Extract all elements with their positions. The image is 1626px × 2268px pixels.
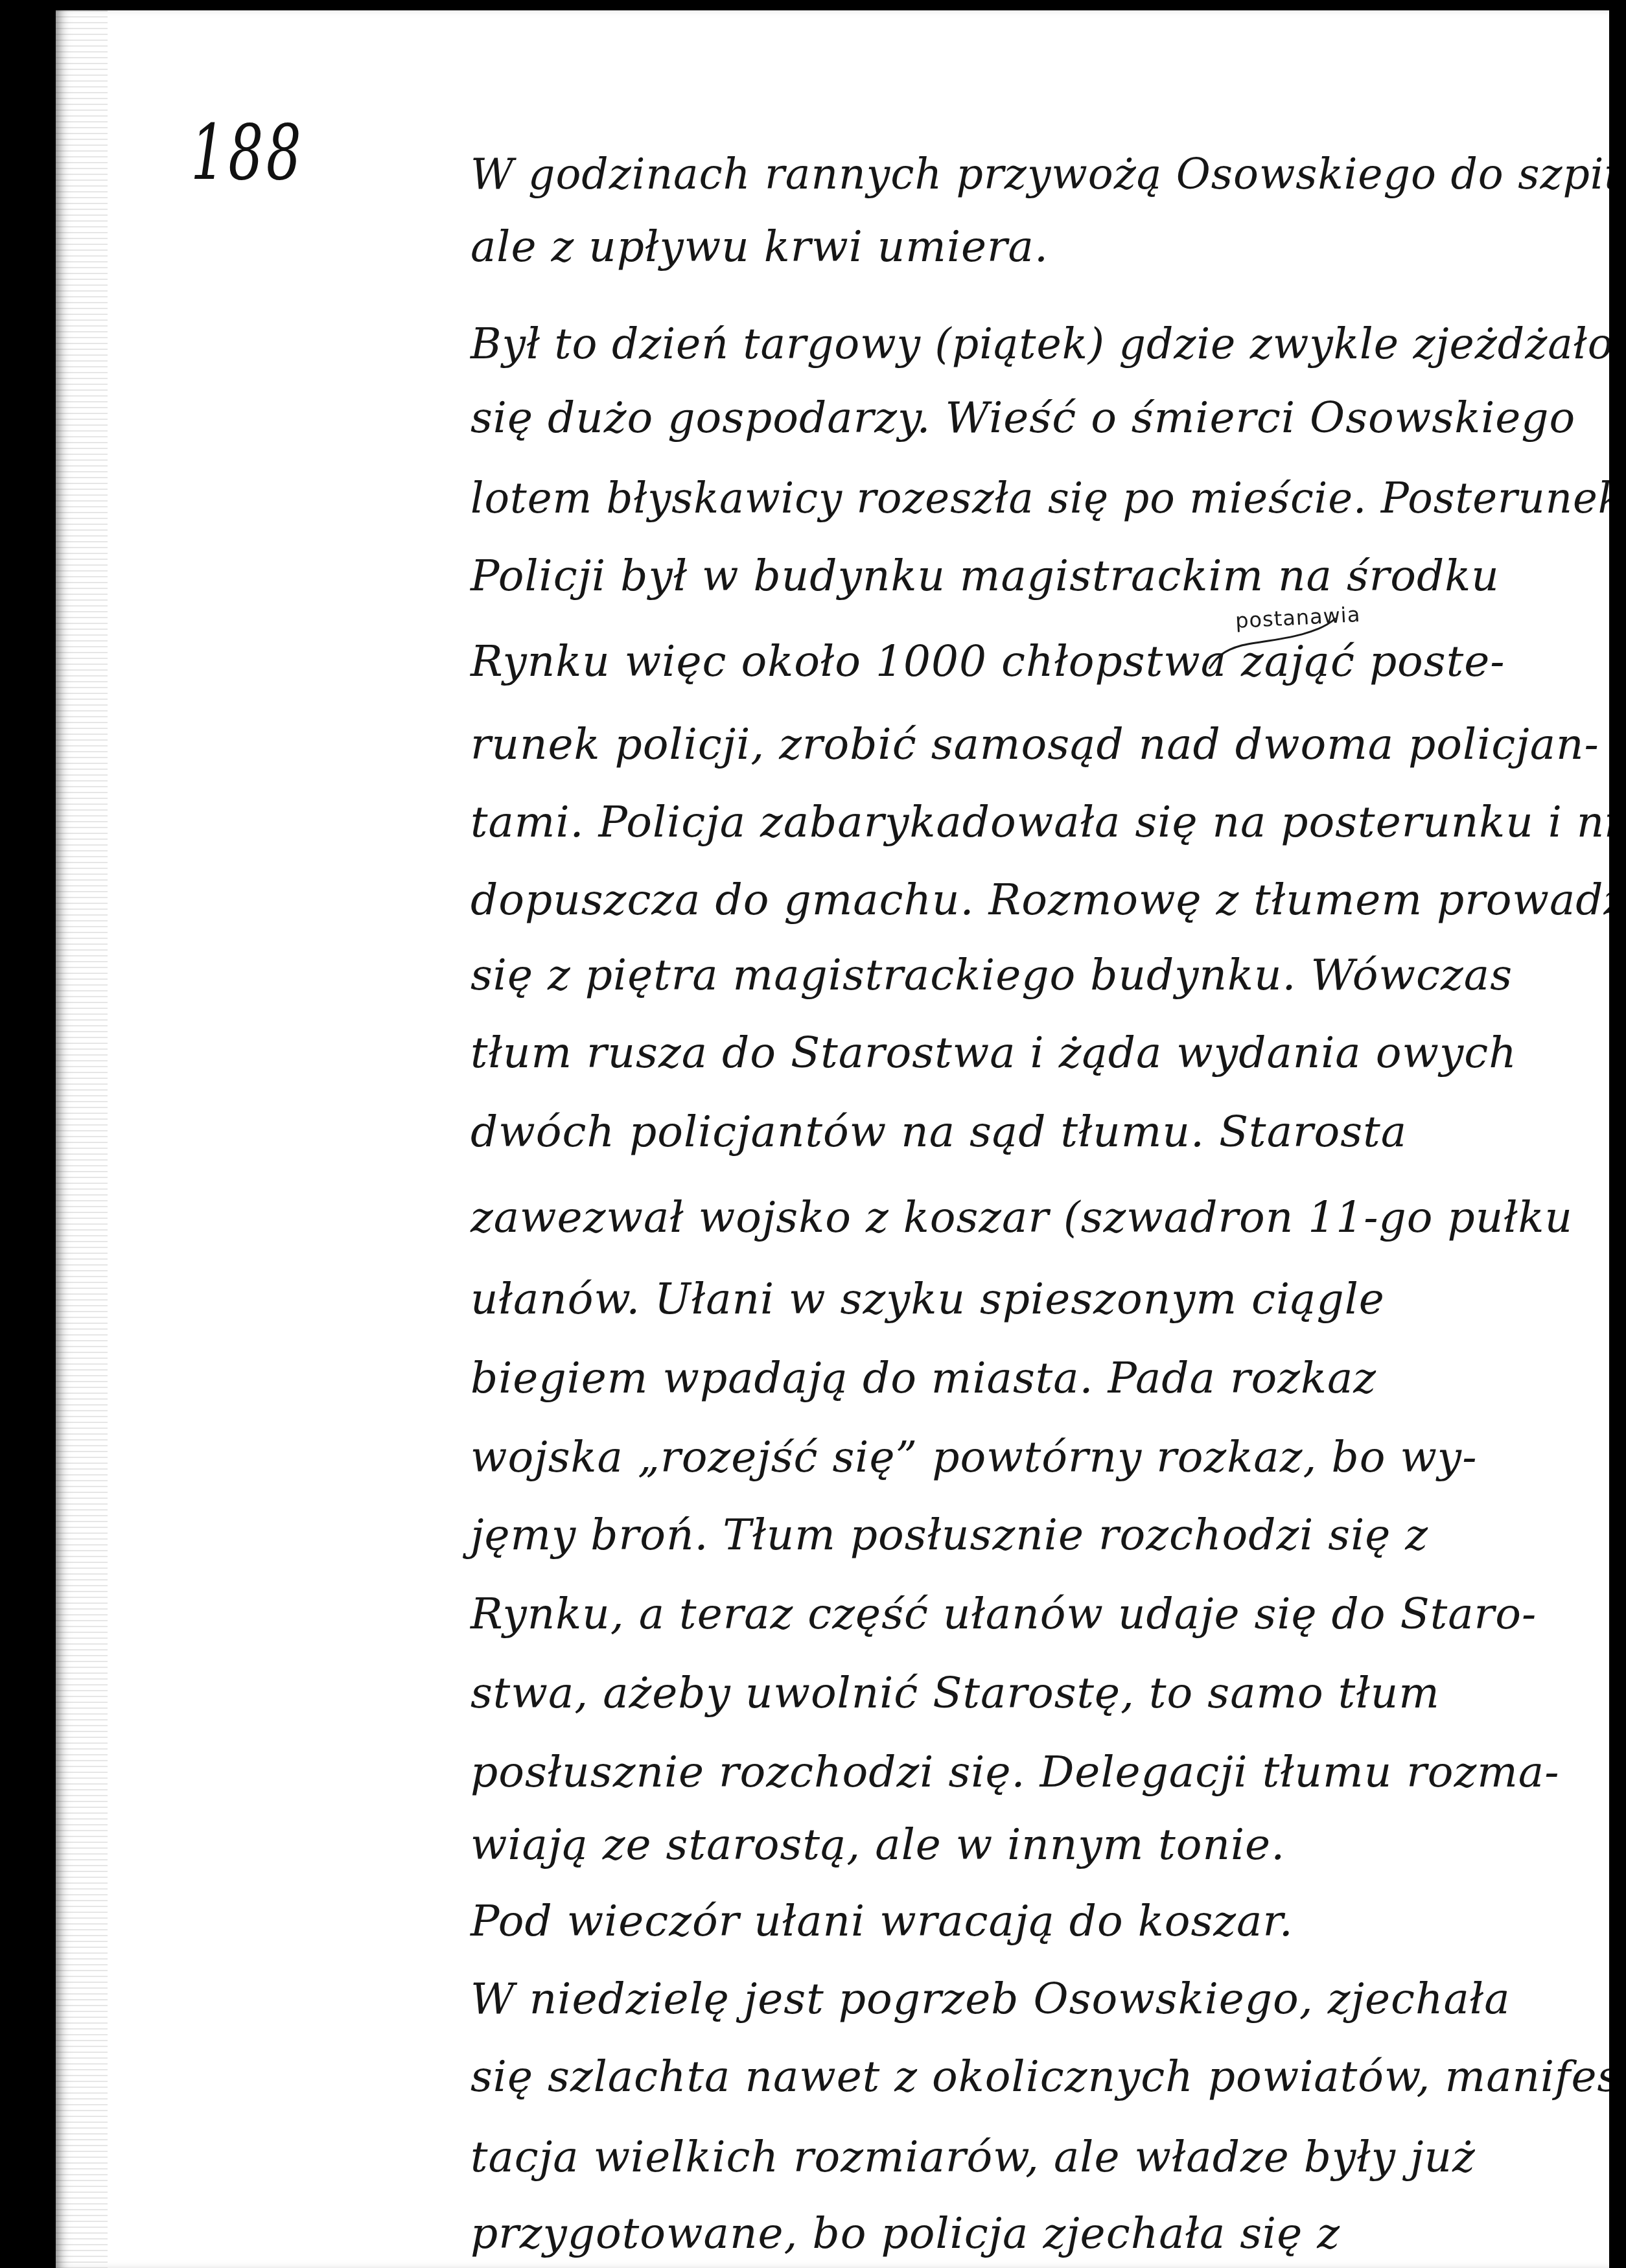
line-text: dwóch policjantów na sąd tłumu. Starosta xyxy=(470,1111,1407,1153)
line-text: runek policji, zrobić samosąd nad dwoma … xyxy=(470,723,1599,766)
line-text: posłusznie rozchodzi się. Delegacji tłum… xyxy=(470,1751,1559,1794)
line-text: się dużo gospodarzy. Wieść o śmierci Oso… xyxy=(470,397,1575,439)
line-text: ułanów. Ułani w szyku spieszonym ciągle xyxy=(470,1278,1385,1321)
line-text: tłum rusza do Starostwa i żąda wydania o… xyxy=(470,1032,1517,1074)
page-number: 188 xyxy=(191,108,304,197)
line-text: się szlachta nawet z okolicznych powiató… xyxy=(470,2055,1626,2098)
line-text: stwa, ażeby uwolnić Starostę, to samo tł… xyxy=(470,1672,1440,1715)
line-text: Rynku więc około 1000 chłopstwa zająć po… xyxy=(470,640,1505,683)
line-text: lotem błyskawicy rozeszła się po mieście… xyxy=(470,477,1624,520)
line-text: W niedzielę jest pogrzeb Osowskiego, zje… xyxy=(470,1978,1511,2020)
line-text: dopuszcza do gmachu. Rozmowę z tłumem pr… xyxy=(470,879,1626,921)
line-text: Rynku, a teraz część ułanów udaje się do… xyxy=(470,1593,1537,1636)
line-text: W godzinach rannych przywożą Osowskiego … xyxy=(470,153,1626,196)
line-text: ale z upływu krwi umiera. xyxy=(470,226,1049,268)
line-text: Pod wieczór ułani wracają do koszar. xyxy=(470,1900,1294,1943)
line-text: Był to dzień targowy (piątek) gdzie zwyk… xyxy=(470,323,1614,365)
line-text: tacja wielkich rozmiarów, ale władze był… xyxy=(470,2136,1476,2179)
line-text: tami. Policja zabarykadowała się na post… xyxy=(470,801,1626,844)
line-text: zawezwał wojsko z koszar (szwadron 11-go… xyxy=(470,1196,1573,1239)
line-text: wojska „rozejść się” powtórny rozkaz, bo… xyxy=(470,1436,1477,1479)
line-text: się z piętra magistrackiego budynku. Wów… xyxy=(470,954,1513,997)
line-text: Policji był w budynku magistrackim na śr… xyxy=(470,555,1500,597)
scan-border-right xyxy=(1609,0,1626,2268)
line-text: jęmy broń. Tłum posłusznie rozchodzi się… xyxy=(470,1514,1428,1556)
line-text: przygotowane, bo policja zjechała się z xyxy=(470,2212,1340,2255)
manuscript-page: 188 postanawia W godzinach rannych przyw… xyxy=(56,10,1610,2268)
line-text: wiają ze starostą, ale w innym tonie. xyxy=(470,1823,1285,1866)
binding-shadow xyxy=(56,10,108,2268)
line-text: biegiem wpadają do miasta. Pada rozkaz xyxy=(470,1357,1376,1400)
